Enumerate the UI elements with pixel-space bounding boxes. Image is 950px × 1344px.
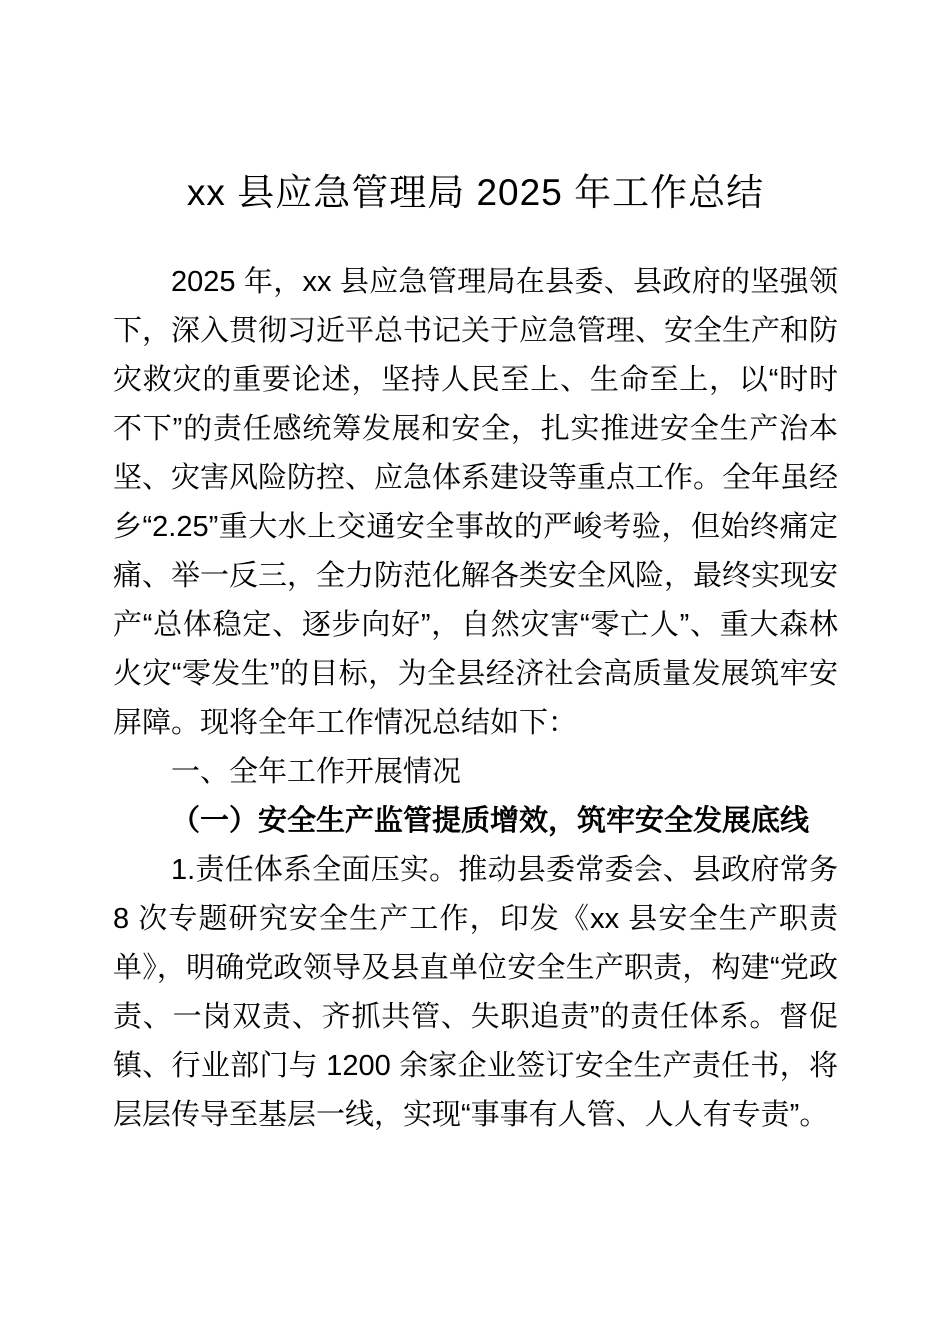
document-content: xx 县应急管理局 2025 年工作总结 2025 年，xx 县应急管理局在县委… <box>113 170 838 1140</box>
text-line: 灾救灾的重要论述，坚持人民至上、生命至上，以“时时放心 <box>113 356 838 405</box>
text-line: 镇、行业部门与 1200 余家企业签订安全生产责任书，将责任 <box>113 1042 838 1091</box>
text-line: 产“总体稳定、逐步向好”，自然灾害“零亡人”、重大森林 <box>113 601 838 650</box>
text-line: 坚、灾害风险防控、应急体系建设等重点工作。全年虽经历 xx <box>113 454 838 503</box>
text-line: 火灾“零发生”的目标，为全县经济社会高质量发展筑牢安全 <box>113 650 838 699</box>
text-line: 层层传导至基层一线，实现“事事有人管、人人有专责”。 <box>113 1091 838 1140</box>
intro-paragraph: 2025 年，xx 县应急管理局在县委、县政府的坚强领导 下，深入贯彻习近平总书… <box>113 258 838 748</box>
text-line: 下，深入贯彻习近平总书记关于应急管理、安全生产和防灾减 <box>113 307 838 356</box>
body-paragraph: 1.责任体系全面压实。推动县委常委会、县政府常务会议 8 次专题研究安全生产工作… <box>113 846 838 1140</box>
text-line: 责、一岗双责、齐抓共管、失职追责”的责任体系。督促各乡 <box>113 993 838 1042</box>
text-line: 2025 年，xx 县应急管理局在县委、县政府的坚强领导 <box>113 258 838 307</box>
text-line: 痛、举一反三，全力防范化解各类安全风险，最终实现安全生 <box>113 552 838 601</box>
section-heading-level1: 一、全年工作开展情况 <box>113 748 838 797</box>
text-line: 乡“2.25”重大水上交通安全事故的严峻考验，但始终痛定思 <box>113 503 838 552</box>
text-line: 1.责任体系全面压实。推动县委常委会、县政府常务会议 <box>113 846 838 895</box>
text-line: 8 次专题研究安全生产工作，印发《xx 县安全生产职责清 <box>113 895 838 944</box>
document-page: xx 县应急管理局 2025 年工作总结 2025 年，xx 县应急管理局在县委… <box>0 0 950 1344</box>
text-line: 单》，明确党政领导及县直单位安全生产职责，构建“党政同 <box>113 944 838 993</box>
text-line: 不下”的责任感统筹发展和安全，扎实推进安全生产治本攻 <box>113 405 838 454</box>
document-title: xx 县应急管理局 2025 年工作总结 <box>113 170 838 216</box>
text-line: 屏障。现将全年工作情况总结如下： <box>113 699 838 748</box>
section-heading-level2: （一）安全生产监管提质增效，筑牢安全发展底线 <box>113 797 838 846</box>
